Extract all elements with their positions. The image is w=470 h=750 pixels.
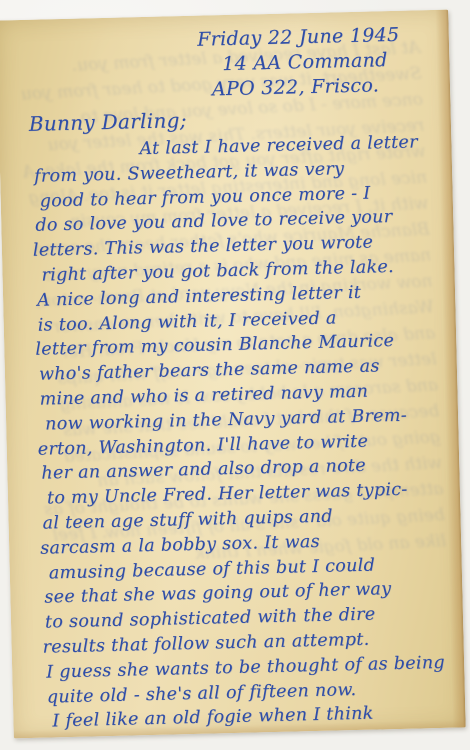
- letter-paper: At last I have received a letter from yo…: [0, 10, 466, 739]
- letter-body: At last I have received a letterfrom you…: [21, 130, 445, 735]
- heading-address: APO 322, Frisco.: [173, 72, 419, 103]
- letter-heading: Friday 22 June 1945 14 AA Command APO 32…: [176, 22, 423, 103]
- scanned-letter-page: At last I have received a letter from yo…: [0, 0, 470, 750]
- letter-content: Friday 22 June 1945 14 AA Command APO 32…: [0, 10, 466, 739]
